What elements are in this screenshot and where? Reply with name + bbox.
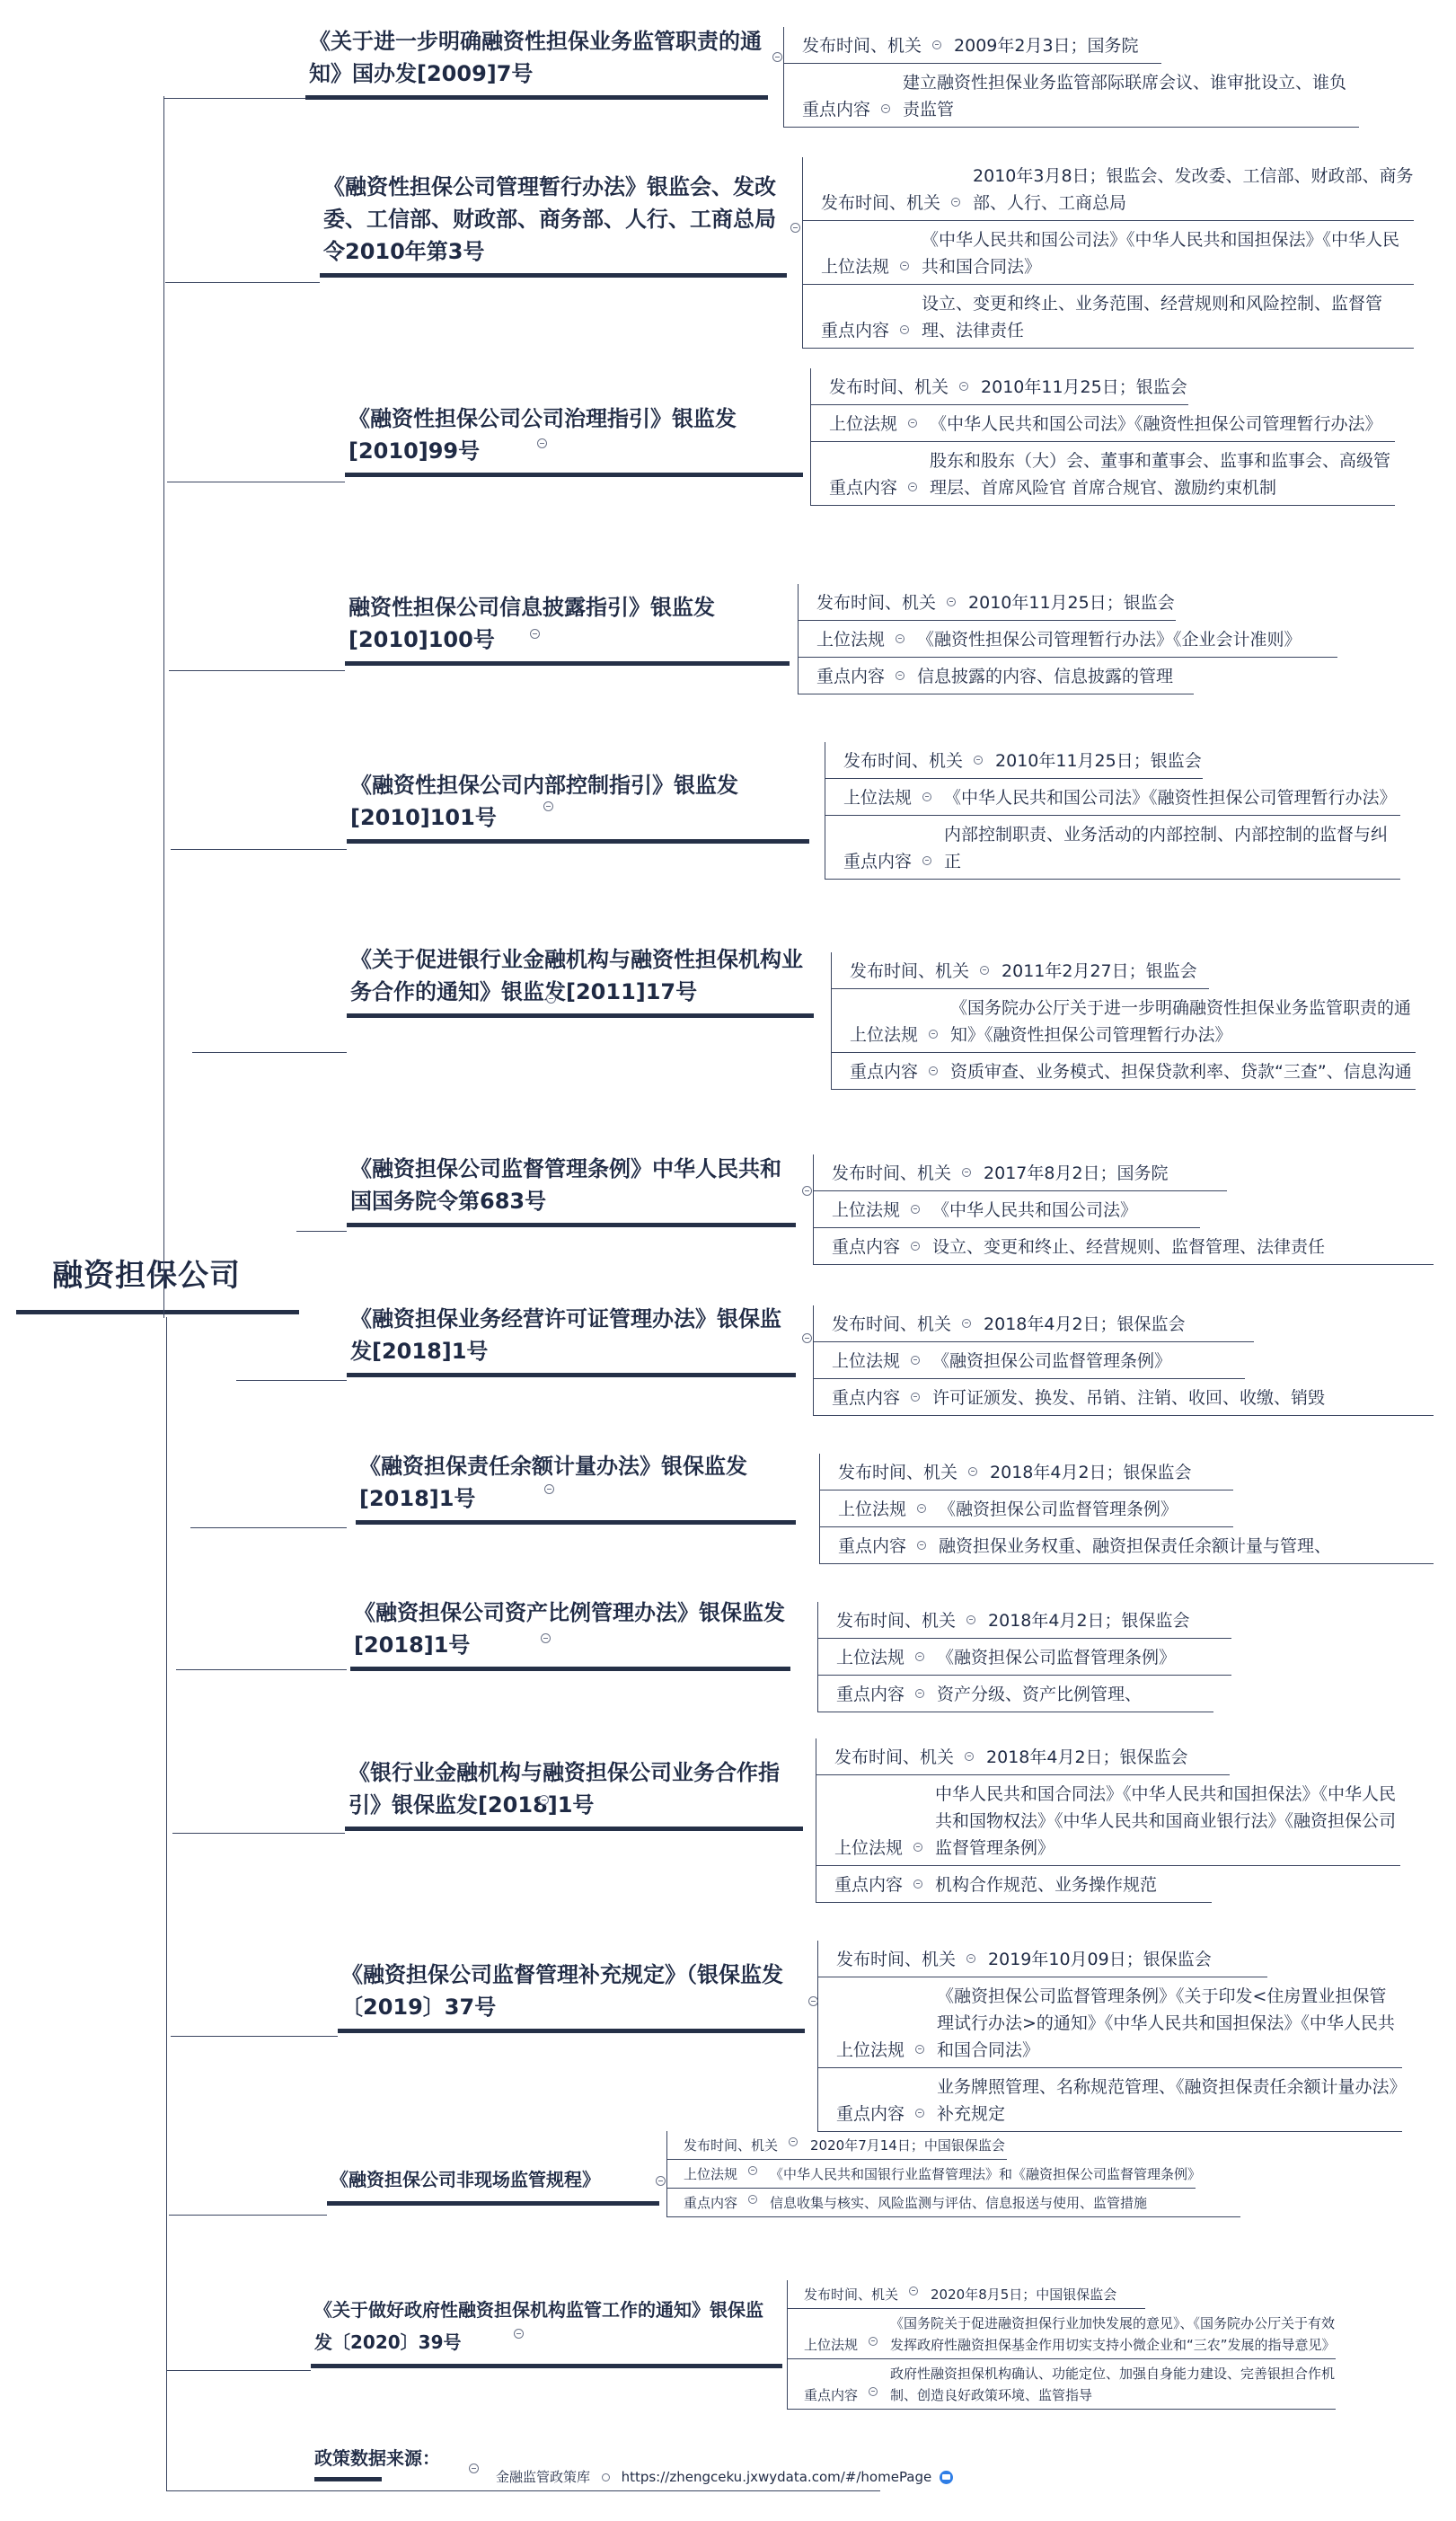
date-label: 发布时间、机关 [843, 747, 963, 774]
detail-upper-row: 上位法规《中华人民共和国公司法》《中华人民共和国担保法》《中华人民共和国合同法》 [803, 221, 1414, 285]
upper-label: 上位法规 [836, 1644, 904, 1671]
collapse-icon[interactable] [908, 482, 917, 491]
date-label: 发布时间、机关 [829, 374, 949, 401]
policy-node-14[interactable]: 《关于做好政府性融资担保机构监管工作的通知》银保监发〔2020〕39号 [311, 2294, 782, 2368]
detail-key-row: 重点内容机构合作规范、业务操作规范 [816, 1866, 1212, 1903]
policy-node-3[interactable]: 《融资性担保公司公司治理指引》银监发[2010]99号 [345, 402, 803, 477]
key-label: 重点内容 [850, 1058, 918, 1085]
connector [236, 1380, 347, 1381]
collapse-toggle-icon[interactable] [544, 1484, 554, 1494]
source-title: 政策数据来源： [314, 2444, 440, 2470]
key-label: 重点内容 [816, 663, 885, 690]
date-value: 2018年4月2日；银保监会 [986, 1744, 1188, 1771]
detail-upper-row: 上位法规《中华人民共和国公司法》《融资性担保公司管理暂行办法》 [811, 405, 1395, 442]
detail-date-row: 发布时间、机关2018年4月2日；银保监会 [820, 1454, 1233, 1490]
collapse-icon[interactable] [908, 419, 917, 428]
upper-label: 上位法规 [834, 1835, 903, 1862]
key-value: 股东和股东（大）会、董事和董事会、监事和监事会、高级管理层、首席风险官 首席合规… [930, 447, 1395, 501]
detail-key-row: 重点内容资产分级、资产比例管理、 [818, 1676, 1213, 1712]
node-underline [311, 2364, 782, 2368]
policy-title: 《融资担保公司资产比例管理办法》银保监发[2018]1号 [350, 1597, 790, 1661]
upper-label: 上位法规 [843, 784, 912, 811]
policy-node-4[interactable]: 融资性担保公司信息披露指引》银监发[2010]100号 [345, 591, 790, 666]
key-value: 融资担保业务权重、融资担保责任余额计量与管理、 [939, 1533, 1331, 1560]
detail-date-row: 发布时间、机关2017年8月2日；国务院 [814, 1154, 1227, 1191]
collapse-icon[interactable] [911, 1356, 920, 1365]
collapse-icon[interactable] [789, 2137, 798, 2146]
details-panel: 发布时间、机关2018年4月2日；银保监会 上位法规《融资担保公司监督管理条例》… [819, 1454, 1434, 1564]
upper-label: 上位法规 [684, 2163, 737, 2185]
policy-title: 《融资担保公司监督管理条例》中华人民共和国国务院令第683号 [347, 1153, 796, 1217]
collapse-icon[interactable] [911, 1205, 920, 1214]
node-underline [350, 1667, 790, 1671]
collapse-icon[interactable] [900, 261, 909, 270]
key-value: 建立融资性担保业务监管部际联席会议、谁审批设立、谁负责监管 [903, 69, 1359, 123]
detail-date-row: 发布时间、机关2009年2月3日；国务院 [784, 27, 1161, 64]
detail-key-row: 重点内容许可证颁发、换发、吊销、注销、收回、收缴、销毁 [814, 1379, 1434, 1416]
detail-key-row: 重点内容融资担保业务权重、融资担保责任余额计量与管理、 [820, 1527, 1434, 1564]
date-value: 2018年4月2日；银保监会 [984, 1311, 1186, 1338]
collapse-toggle-icon[interactable] [802, 1186, 812, 1196]
policy-title: 《融资担保责任余额计量办法》银保监发[2018]1号 [356, 1450, 796, 1515]
key-label: 重点内容 [836, 2101, 904, 2127]
details-panel: 发布时间、机关2010年11月25日；银监会 上位法规《融资性担保公司管理暂行办… [798, 584, 1337, 694]
upper-label: 上位法规 [804, 2334, 858, 2356]
detail-key-row: 重点内容建立融资性担保业务监管部际联席会议、谁审批设立、谁负责监管 [784, 64, 1359, 128]
upper-value: 《中华人民共和国公司法》《融资性担保公司管理暂行办法》 [930, 411, 1382, 438]
policy-node-10[interactable]: 《融资担保公司资产比例管理办法》银保监发[2018]1号 [350, 1597, 790, 1671]
upper-value: 《中华人民共和国公司法》《中华人民共和国担保法》《中华人民共和国合同法》 [922, 226, 1414, 280]
detail-date-row: 发布时间、机关2010年11月25日；银监会 [825, 742, 1203, 779]
collapse-icon[interactable] [922, 856, 931, 865]
node-underline [345, 661, 790, 666]
upper-label: 上位法规 [821, 253, 889, 280]
connector [167, 2370, 311, 2371]
source-name: 金融监管政策库 [496, 2469, 590, 2485]
node-underline [345, 1827, 803, 1831]
policy-title: 《融资担保业务经营许可证管理办法》银保监发[2018]1号 [347, 1303, 796, 1367]
policy-node-12[interactable]: 《融资担保公司监督管理补充规定》（银保监发〔2019〕37号 [338, 1959, 805, 2033]
connector [169, 670, 345, 671]
collapse-icon[interactable] [748, 2195, 757, 2204]
detail-key-row: 重点内容信息收集与核实、风险监测与评估、信息报送与使用、监管措施 [667, 2189, 1240, 2217]
collapse-toggle-icon[interactable] [802, 1333, 812, 1343]
collapse-icon[interactable] [917, 1504, 926, 1513]
upper-value: 《融资担保公司监督管理条例》 [932, 1348, 1171, 1375]
collapse-toggle-icon[interactable] [543, 801, 553, 811]
upper-label: 上位法规 [832, 1197, 900, 1224]
detail-upper-row: 上位法规《中华人民共和国公司法》《融资性担保公司管理暂行办法》 [825, 779, 1400, 816]
detail-key-row: 重点内容设立、变更和终止、经营规则、监督管理、法律责任 [814, 1228, 1434, 1265]
policy-title: 融资性担保公司信息披露指引》银监发[2010]100号 [345, 591, 790, 656]
collapse-toggle-icon[interactable] [530, 629, 540, 639]
collapse-icon[interactable] [915, 2045, 924, 2054]
date-label: 发布时间、机关 [836, 1946, 956, 1973]
collapse-icon[interactable] [881, 104, 890, 113]
policy-node-7[interactable]: 《融资担保公司监督管理条例》中华人民共和国国务院令第683号 [347, 1153, 796, 1227]
details-panel: 发布时间、机关2009年2月3日；国务院 重点内容建立融资性担保业务监管部际联席… [783, 27, 1359, 128]
upper-value: 中华人民共和国合同法》《中华人民共和国担保法》《中华人民共和国物权法》《中华人民… [935, 1781, 1400, 1862]
collapse-icon[interactable] [909, 2287, 918, 2295]
collapse-toggle-icon[interactable] [546, 994, 556, 1004]
source-link-row: 金融监管政策库 https://zhengceku.jxwydata.com/#… [496, 2467, 953, 2486]
detail-upper-row: 上位法规《中华人民共和国银行业监督管理法》和《融资担保公司监督管理条例》 [667, 2160, 1196, 2189]
collapse-icon[interactable] [911, 1242, 920, 1251]
details-panel: 发布时间、机关2019年10月09日；银保监会 上位法规《融资担保公司监督管理条… [817, 1941, 1402, 2132]
details-panel: 发布时间、机关2011年2月27日；银监会 上位法规《国务院办公厅关于进一步明确… [831, 952, 1416, 1090]
date-value: 2020年7月14日；中国银保监会 [810, 2135, 1005, 2156]
collapse-icon[interactable] [922, 792, 931, 801]
node-underline [347, 1223, 796, 1227]
detail-key-row: 重点内容业务牌照管理、名称规范管理、《融资担保责任余额计量办法》补充规定 [818, 2068, 1402, 2132]
details-panel: 发布时间、机关2018年4月2日；银保监会 上位法规中华人民共和国合同法》《中华… [816, 1738, 1400, 1903]
collapse-toggle-icon[interactable] [514, 2329, 524, 2339]
upper-value: 《融资担保公司监督管理条例》《关于印发<住房置业担保管理试行办法>的通知》《中华… [937, 1983, 1402, 2064]
detail-upper-row: 上位法规中华人民共和国合同法》《中华人民共和国担保法》《中华人民共和国物权法》《… [816, 1775, 1400, 1866]
details-panel: 发布时间、机关2010年11月25日；银监会 上位法规《中华人民共和国公司法》《… [825, 742, 1400, 880]
key-label: 重点内容 [838, 1533, 906, 1560]
detail-key-row: 重点内容设立、变更和终止、业务范围、经营规则和风险控制、监督管理、法律责任 [803, 285, 1414, 349]
collapse-toggle-icon[interactable] [790, 223, 800, 233]
detail-date-row: 发布时间、机关2010年3月8日；银监会、发改委、工信部、财政部、商务部、人行、… [803, 157, 1414, 221]
details-panel: 发布时间、机关2018年4月2日；银保监会 上位法规《融资担保公司监督管理条例》… [813, 1305, 1434, 1416]
collapse-icon[interactable] [929, 1030, 938, 1039]
key-label: 重点内容 [834, 1871, 903, 1898]
date-value: 2010年3月8日；银监会、发改委、工信部、财政部、商务部、人行、工商总局 [973, 163, 1414, 217]
connector [171, 2036, 338, 2037]
detail-date-row: 发布时间、机关2019年10月09日；银保监会 [818, 1941, 1267, 1977]
upper-label: 上位法规 [836, 2037, 904, 2064]
collapse-icon[interactable] [869, 2337, 878, 2346]
date-value: 2019年10月09日；银保监会 [988, 1946, 1212, 1973]
policy-title: 《融资性担保公司公司治理指引》银监发[2010]99号 [345, 402, 803, 467]
date-label: 发布时间、机关 [836, 1607, 956, 1634]
collapse-icon[interactable] [602, 2473, 610, 2481]
connector [171, 849, 347, 850]
date-label: 发布时间、机关 [684, 2135, 778, 2156]
detail-upper-row: 上位法规《融资担保公司监督管理条例》《关于印发<住房置业担保管理试行办法>的通知… [818, 1977, 1402, 2068]
detail-key-row: 重点内容内部控制职责、业务活动的内部控制、内部控制的监督与纠正 [825, 816, 1400, 880]
details-panel: 发布时间、机关2020年7月14日；中国银保监会 上位法规《中华人民共和国银行业… [666, 2131, 1242, 2217]
date-label: 发布时间、机关 [832, 1160, 951, 1187]
collapse-icon[interactable] [959, 382, 968, 391]
node-underline [338, 2029, 805, 2033]
key-value: 设立、变更和终止、经营规则、监督管理、法律责任 [932, 1234, 1325, 1260]
collapse-icon[interactable] [947, 597, 956, 606]
key-label: 重点内容 [829, 474, 897, 501]
details-panel: 发布时间、机关2010年11月25日；银监会 上位法规《中华人民共和国公司法》《… [810, 368, 1395, 506]
detail-date-row: 发布时间、机关2020年7月14日；中国银保监会 [667, 2131, 1007, 2160]
connector [190, 1527, 347, 1528]
upper-label: 上位法规 [832, 1348, 900, 1375]
detail-date-row: 发布时间、机关2018年4月2日；银保监会 [814, 1305, 1254, 1342]
policy-title: 《融资担保公司非现场监管规程》 [327, 2163, 659, 2196]
policy-title: 《关于做好政府性融资担保机构监管工作的通知》银保监发〔2020〕39号 [311, 2294, 782, 2358]
detail-upper-row: 上位法规《融资性担保公司管理暂行办法》《企业会计准则》 [799, 621, 1337, 658]
collapse-icon[interactable] [900, 325, 909, 334]
node-underline [305, 95, 768, 100]
policy-node-9[interactable]: 《融资担保责任余额计量办法》银保监发[2018]1号 [356, 1450, 796, 1525]
connector [296, 1231, 347, 1232]
collapse-toggle-icon[interactable] [541, 1633, 551, 1643]
collapse-icon[interactable] [915, 1689, 924, 1698]
node-underline [345, 473, 803, 477]
key-value: 信息披露的内容、信息披露的管理 [917, 663, 1173, 690]
key-value: 内部控制职责、业务活动的内部控制、内部控制的监督与纠正 [944, 821, 1400, 875]
detail-date-row: 发布时间、机关2018年4月2日；银保监会 [816, 1738, 1230, 1775]
key-value: 业务牌照管理、名称规范管理、《融资担保责任余额计量办法》补充规定 [937, 2074, 1402, 2127]
collapse-toggle-icon[interactable] [539, 1795, 549, 1805]
node-underline [347, 1013, 814, 1018]
date-value: 2009年2月3日；国务院 [954, 32, 1139, 59]
key-value: 政府性融资担保机构确认、功能定位、加强自身能力建设、完善银担合作机制、创造良好政… [890, 2363, 1336, 2406]
detail-key-row: 重点内容政府性融资担保机构确认、功能定位、加强自身能力建设、完善银担合作机制、创… [788, 2359, 1336, 2410]
collapse-icon[interactable] [932, 40, 941, 49]
node-underline [347, 839, 809, 844]
policy-title: 《融资性担保公司管理暂行办法》银监会、发改委、工信部、财政部、商务部、人行、工商… [320, 171, 787, 268]
node-underline [356, 1520, 796, 1525]
collapse-icon[interactable] [896, 671, 904, 680]
node-underline [347, 1373, 796, 1377]
collapse-icon[interactable] [748, 2166, 757, 2175]
date-value: 2010年11月25日；银监会 [968, 589, 1175, 616]
detail-key-row: 重点内容信息披露的内容、信息披露的管理 [799, 658, 1194, 694]
detail-upper-row: 上位法规《融资担保公司监督管理条例》 [818, 1639, 1231, 1676]
key-label: 重点内容 [836, 1681, 904, 1708]
policy-node-5[interactable]: 《融资性担保公司内部控制指引》银监发[2010]101号 [347, 769, 809, 844]
detail-upper-row: 上位法规《国务院关于促进融资担保行业加快发展的意见》、《国务院办公厅关于有效发挥… [788, 2309, 1336, 2359]
upper-label: 上位法规 [816, 626, 885, 653]
collapse-icon[interactable] [896, 634, 904, 643]
key-label: 重点内容 [802, 96, 870, 123]
key-label: 重点内容 [843, 848, 912, 875]
date-label: 发布时间、机关 [832, 1311, 951, 1338]
link-icon[interactable] [940, 2471, 953, 2484]
policy-title: 《融资性担保公司内部控制指引》银监发[2010]101号 [347, 769, 809, 834]
date-label: 发布时间、机关 [821, 190, 940, 217]
collapse-icon[interactable] [911, 1393, 920, 1402]
detail-date-row: 发布时间、机关2010年11月25日；银监会 [811, 368, 1188, 405]
date-value: 2010年11月25日；银监会 [995, 747, 1202, 774]
upper-value: 《中华人民共和国公司法》《融资性担保公司管理暂行办法》 [944, 784, 1397, 811]
collapse-icon[interactable] [966, 1954, 975, 1963]
collapse-icon[interactable] [962, 1168, 971, 1177]
details-panel: 发布时间、机关2020年8月5日；中国银保监会 上位法规《国务院关于促进融资担保… [787, 2280, 1336, 2410]
upper-value: 《中华人民共和国公司法》 [932, 1197, 1137, 1224]
upper-label: 上位法规 [850, 1022, 918, 1048]
upper-value: 《融资性担保公司管理暂行办法》《企业会计准则》 [917, 626, 1302, 653]
collapse-icon[interactable] [915, 2109, 924, 2118]
key-label: 重点内容 [821, 317, 889, 344]
policy-node-2[interactable]: 《融资性担保公司管理暂行办法》银监会、发改委、工信部、财政部、商务部、人行、工商… [320, 171, 787, 278]
collapse-icon[interactable] [929, 1066, 938, 1075]
key-label: 重点内容 [684, 2192, 737, 2214]
date-value: 2011年2月27日；银监会 [1002, 958, 1197, 985]
date-label: 发布时间、机关 [834, 1744, 954, 1771]
policy-title: 《关于进一步明确融资性担保业务监管职责的通知》国办发[2009]7号 [305, 25, 768, 90]
detail-upper-row: 上位法规《国务院办公厅关于进一步明确融资性担保业务监管职责的通知》《融资性担保公… [832, 989, 1416, 1053]
detail-upper-row: 上位法规《融资担保公司监督管理条例》 [814, 1342, 1245, 1379]
date-label: 发布时间、机关 [816, 589, 936, 616]
detail-date-row: 发布时间、机关2010年11月25日；银监会 [799, 584, 1176, 621]
collapse-toggle-icon[interactable] [772, 52, 782, 62]
detail-upper-row: 上位法规《融资担保公司监督管理条例》 [820, 1490, 1233, 1527]
collapse-icon[interactable] [869, 2387, 878, 2396]
node-underline [314, 2477, 382, 2481]
collapse-icon[interactable] [965, 1752, 974, 1761]
connector [176, 1669, 347, 1670]
connector [167, 482, 345, 482]
policy-node-13[interactable]: 《融资担保公司非现场监管规程》 [327, 2163, 659, 2206]
date-value: 2017年8月2日；国务院 [984, 1160, 1169, 1187]
collapse-icon[interactable] [962, 1319, 971, 1328]
policy-node-1[interactable]: 《关于进一步明确融资性担保业务监管职责的通知》国办发[2009]7号 [305, 25, 768, 100]
collapse-icon[interactable] [974, 756, 983, 765]
upper-value: 《融资担保公司监督管理条例》 [939, 1496, 1178, 1523]
date-label: 发布时间、机关 [804, 2284, 898, 2305]
upper-value: 《中华人民共和国银行业监督管理法》和《融资担保公司监督管理条例》 [770, 2163, 1196, 2185]
node-underline [320, 273, 787, 278]
connector [163, 98, 307, 99]
policy-node-6[interactable]: 《关于促进银行业金融机构与融资性担保机构业务合作的通知》银监发[2011]17号 [347, 943, 814, 1018]
date-value: 2020年8月5日；中国银保监会 [931, 2284, 1116, 2305]
key-value: 资产分级、资产比例管理、 [937, 1681, 1142, 1708]
detail-date-row: 发布时间、机关2020年8月5日；中国银保监会 [788, 2280, 1145, 2309]
upper-value: 《国务院办公厅关于进一步明确融资性担保业务监管职责的通知》《融资性担保公司管理暂… [950, 995, 1416, 1048]
date-value: 2010年11月25日；银监会 [981, 374, 1187, 401]
root-underline [16, 1310, 299, 1314]
collapse-toggle-icon[interactable] [656, 2176, 666, 2186]
source-url-link[interactable]: https://zhengceku.jxwydata.com/#/homePag… [622, 2469, 932, 2485]
connector [169, 2215, 327, 2216]
detail-upper-row: 上位法规《中华人民共和国公司法》 [814, 1191, 1200, 1228]
key-label: 重点内容 [832, 1384, 900, 1411]
collapse-icon[interactable] [966, 1615, 975, 1624]
key-label: 重点内容 [832, 1234, 900, 1260]
root-title: 融资担保公司 [16, 1249, 299, 1303]
collapse-icon[interactable] [917, 1541, 926, 1550]
date-label: 发布时间、机关 [838, 1459, 957, 1486]
connector-spine [166, 1317, 167, 2490]
detail-key-row: 重点内容资质审查、业务模式、担保贷款利率、贷款“三查”、信息沟通 [832, 1053, 1416, 1090]
policy-title: 《银行业金融机构与融资担保公司业务合作指引》银保监发[2018]1号 [345, 1756, 803, 1821]
details-panel: 发布时间、机关2017年8月2日；国务院 上位法规《中华人民共和国公司法》 重点… [813, 1154, 1434, 1265]
date-value: 2018年4月2日；银保监会 [988, 1607, 1190, 1634]
key-value: 信息收集与核实、风险监测与评估、信息报送与使用、监管措施 [770, 2192, 1147, 2214]
date-label: 发布时间、机关 [850, 958, 969, 985]
connector-spine [163, 96, 164, 1318]
source-node: 政策数据来源： [314, 2444, 440, 2481]
key-value: 机构合作规范、业务操作规范 [935, 1871, 1157, 1898]
root-topic[interactable]: 融资担保公司 [16, 1249, 299, 1314]
key-label: 重点内容 [804, 2384, 858, 2406]
detail-date-row: 发布时间、机关2011年2月27日；银监会 [832, 952, 1209, 989]
date-label: 发布时间、机关 [802, 32, 922, 59]
detail-key-row: 重点内容股东和股东（大）会、董事和董事会、监事和监事会、高级管理层、首席风险官 … [811, 442, 1395, 506]
connector [172, 1833, 345, 1834]
upper-value: 《融资担保公司监督管理条例》 [937, 1644, 1176, 1671]
connector [192, 1052, 347, 1053]
policy-node-8[interactable]: 《融资担保业务经营许可证管理办法》银保监发[2018]1号 [347, 1303, 796, 1377]
collapse-icon[interactable] [913, 1880, 922, 1889]
upper-label: 上位法规 [829, 411, 897, 438]
collapse-icon[interactable] [968, 1467, 977, 1476]
details-panel: 发布时间、机关2018年4月2日；银保监会 上位法规《融资担保公司监督管理条例》… [817, 1602, 1375, 1712]
policy-node-11[interactable]: 《银行业金融机构与融资担保公司业务合作指引》银保监发[2018]1号 [345, 1756, 803, 1831]
key-value: 资质审查、业务模式、担保贷款利率、贷款“三查”、信息沟通 [950, 1058, 1412, 1085]
upper-label: 上位法规 [838, 1496, 906, 1523]
key-value: 许可证颁发、换发、吊销、注销、收回、收缴、销毁 [932, 1384, 1325, 1411]
details-panel: 发布时间、机关2010年3月8日；银监会、发改委、工信部、财政部、商务部、人行、… [802, 157, 1414, 349]
detail-date-row: 发布时间、机关2018年4月2日；银保监会 [818, 1602, 1231, 1639]
collapse-icon[interactable] [915, 1652, 924, 1661]
collapse-icon[interactable] [980, 966, 989, 975]
collapse-icon[interactable] [951, 198, 960, 207]
collapse-toggle-icon[interactable] [537, 438, 547, 448]
upper-value: 《国务院关于促进融资担保行业加快发展的意见》、《国务院办公厅关于有效发挥政府性融… [890, 2313, 1336, 2356]
key-value: 设立、变更和终止、业务范围、经营规则和风险控制、监督管理、法律责任 [922, 290, 1414, 344]
node-underline [327, 2201, 659, 2206]
connector [165, 282, 320, 283]
collapse-icon[interactable] [913, 1843, 922, 1852]
date-value: 2018年4月2日；银保监会 [990, 1459, 1192, 1486]
connector [166, 2490, 880, 2491]
policy-title: 《融资担保公司监督管理补充规定》（银保监发〔2019〕37号 [338, 1959, 805, 2023]
policy-title: 《关于促进银行业金融机构与融资性担保机构业务合作的通知》银监发[2011]17号 [347, 943, 814, 1008]
collapse-toggle-icon[interactable] [469, 2464, 479, 2473]
